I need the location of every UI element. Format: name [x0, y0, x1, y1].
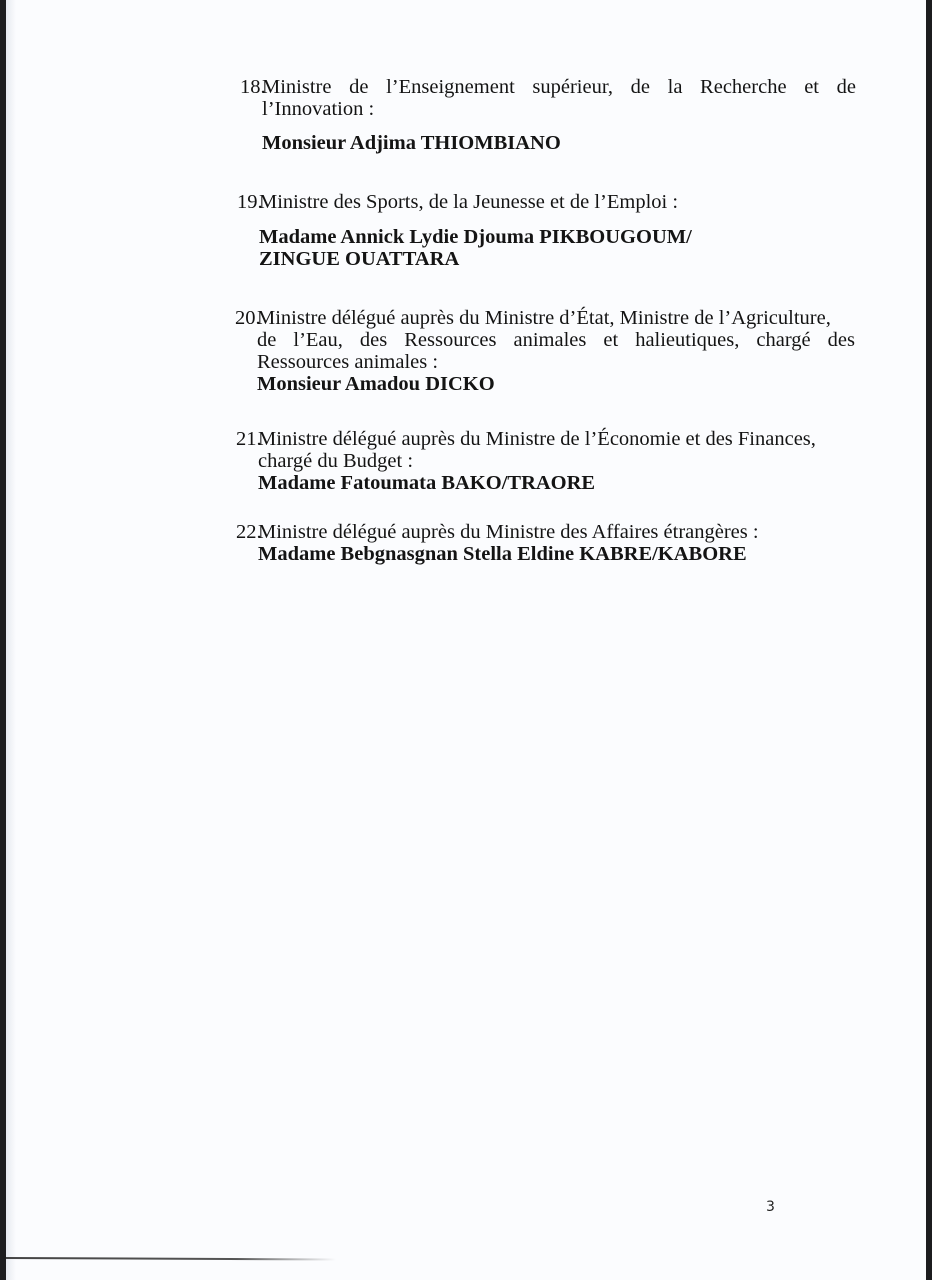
ministry-title-line: chargé du Budget : [258, 450, 848, 472]
ministry-title-line: Ministre délégué auprès du Ministre de l… [258, 428, 848, 450]
item-number: 21. [236, 428, 262, 450]
ministry-title-line: Ressources animales : [257, 351, 855, 373]
ministry-title-line: l’Innovation : [262, 98, 856, 120]
minister-name: ZINGUE OUATTARA [259, 248, 853, 270]
minister-item-19: 19. Ministre des Sports, de la Jeunesse … [259, 191, 853, 270]
item-number: 19. [237, 191, 263, 213]
minister-name: Madame Fatoumata BAKO/TRAORE [258, 472, 848, 494]
minister-item-21: 21. Ministre délégué auprès du Ministre … [258, 428, 848, 494]
minister-item-20: 20. Ministre délégué auprès du Ministre … [257, 307, 855, 395]
minister-item-18: 18. Ministre de l’Enseignement supérieur… [262, 76, 856, 154]
item-number: 18. [240, 76, 266, 98]
minister-name: Madame Bebgnasgnan Stella Eldine KABRE/K… [258, 543, 848, 565]
ministry-title-line: Ministre des Sports, de la Jeunesse et d… [259, 191, 853, 213]
item-number: 22. [236, 521, 262, 543]
minister-item-22: 22. Ministre délégué auprès du Ministre … [258, 521, 848, 565]
minister-name: Madame Annick Lydie Djouma PIKBOUGOUM/ [259, 226, 853, 248]
minister-name: Monsieur Amadou DICKO [257, 373, 855, 395]
page-edge-shadow [6, 0, 16, 1280]
item-number: 20. [235, 307, 261, 329]
scan-edge-line [6, 1257, 336, 1260]
document-page: 18. Ministre de l’Enseignement supérieur… [6, 0, 926, 1280]
ministry-title-line: Ministre de l’Enseignement supérieur, de… [262, 76, 856, 98]
ministry-title-line: Ministre délégué auprès du Ministre d’Ét… [257, 307, 855, 329]
page-number: 3 [766, 1199, 775, 1215]
minister-name: Monsieur Adjima THIOMBIANO [262, 132, 856, 154]
ministry-title-line: de l’Eau, des Ressources animales et hal… [257, 329, 855, 351]
ministry-title-line: Ministre délégué auprès du Ministre des … [258, 521, 848, 543]
